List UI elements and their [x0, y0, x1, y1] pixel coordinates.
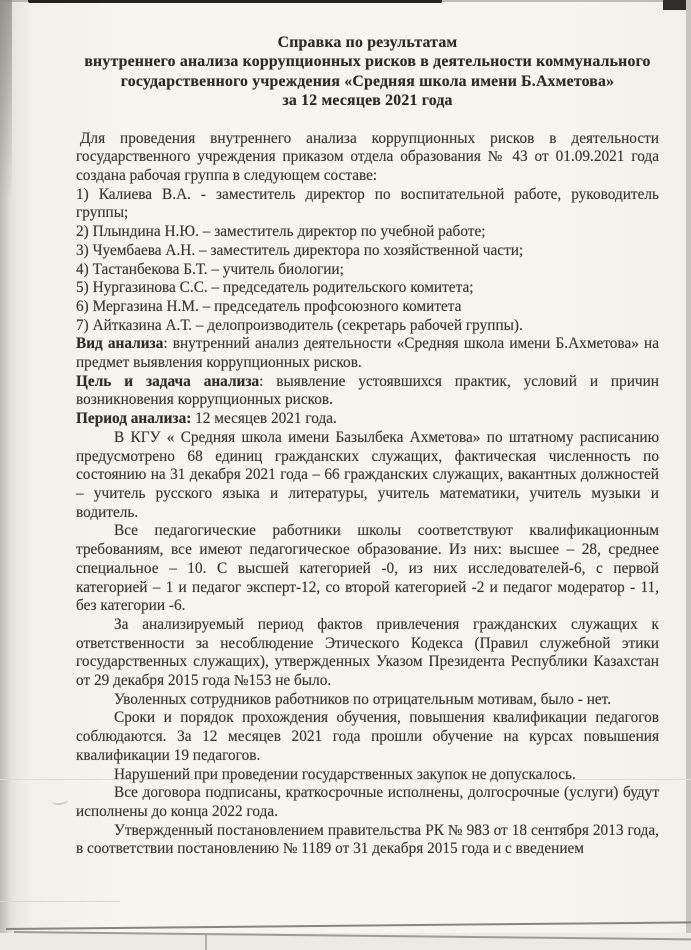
analysis-period-text: 12 месяцев 2021 года. [191, 410, 337, 427]
working-group-member-1: 1) Калиева В.А. - заместитель директор п… [76, 186, 659, 223]
scan-left-shadow-top [0, 0, 12, 200]
working-group-member-4: 4) Тастанбекова Б.Т. – учитель биологии; [76, 261, 659, 280]
working-group-list: 1) Калиева В.А. - заместитель директор п… [76, 186, 659, 336]
title-line-1: Справка по результатам [76, 33, 659, 52]
title-line-3: государственного учреждения «Средняя шко… [76, 72, 659, 91]
paragraph-ethics-code: За анализируемый период фактов привлечен… [76, 616, 659, 691]
working-group-member-7: 7) Айтказина А.Т. – делопроизводитель (с… [76, 317, 659, 336]
paragraph-qualifications: Все педагогические работники школы соотв… [76, 522, 659, 616]
title-line-4: за 12 месяцев 2021 года [76, 91, 659, 110]
report-paragraphs: В КГУ « Средняя школа имени Базылбека Ах… [76, 429, 659, 859]
paragraph-contracts: Все договора подписаны, краткосрочные ис… [76, 784, 659, 821]
paragraph-staffing: В КГУ « Средняя школа имени Базылбека Ах… [76, 429, 659, 523]
analysis-type-line: Вид анализа: внутренний анализ деятельно… [76, 335, 659, 372]
working-group-member-2: 2) Плындина Н.Ю. – заместитель директор … [76, 223, 659, 242]
scan-bottom-tick [205, 935, 207, 950]
analysis-type-text: : внутренний анализ деятельности «Средня… [76, 335, 659, 371]
analysis-goal-label: Цель и задача анализа [76, 373, 259, 390]
paragraph-dismissals: Уволенных сотрудников работников по отри… [76, 691, 659, 710]
scan-streak-lower [0, 901, 120, 902]
analysis-goal-line: Цель и задача анализа: выявление устоявш… [76, 373, 659, 410]
paragraph-training: Сроки и порядок прохождения обучения, по… [76, 709, 659, 765]
scanned-document-page: Справка по результатам внутреннего анали… [0, 0, 691, 950]
paragraph-government-resolution: Утвержденный постановлением правительств… [76, 822, 659, 859]
working-group-member-3: 3) Чуембаева А.Н. – заместитель директор… [76, 242, 659, 261]
scan-right-edge [686, 0, 691, 950]
working-group-member-6: 6) Мергазина Н.М. – председатель профсою… [76, 298, 659, 317]
analysis-period-line: Период анализа: 12 месяцев 2021 года. [76, 410, 659, 429]
paragraph-procurement: Нарушений при проведении государственных… [76, 766, 659, 785]
scan-pen-mark [52, 796, 69, 806]
analysis-type-label: Вид анализа [76, 335, 163, 352]
intro-paragraph: Для проведения внутреннего анализа корру… [76, 130, 659, 186]
working-group-member-5: 5) Нургазинова С.С. – председатель родит… [76, 279, 659, 298]
document-title: Справка по результатам внутреннего анали… [76, 33, 659, 111]
analysis-meta: Вид анализа: внутренний анализ деятельно… [76, 335, 659, 429]
scan-top-black-strip [28, 0, 442, 3]
scan-bottom-page-edge-1 [6, 921, 691, 930]
title-line-2: внутреннего анализа коррупционных рисков… [76, 52, 659, 71]
analysis-period-label: Период анализа: [76, 410, 191, 427]
document-body: Справка по результатам внутреннего анали… [76, 33, 659, 859]
